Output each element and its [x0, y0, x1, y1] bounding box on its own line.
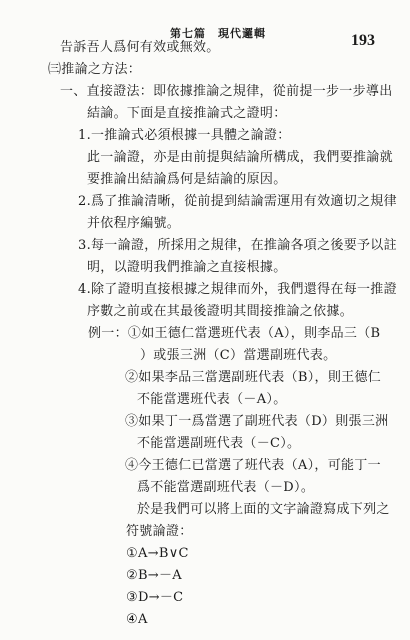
page-number: 193: [351, 32, 375, 50]
text-line: 例一：①如王德仁當選班代表（A），則李品三（B: [88, 326, 380, 342]
text-line: ④今王德仁已當選了班代表（A），可能丁一: [125, 458, 381, 474]
text-line: ③D→－C: [126, 590, 183, 606]
text-line: 要推論出結論爲何是結論的原因。: [87, 172, 287, 188]
running-head: 第七篇現代邏輯: [170, 25, 266, 41]
text-line: 告訴吾人爲何有效或無效。: [60, 40, 220, 56]
text-line: 1.一推論式必須根據一具體之論證：: [78, 128, 291, 144]
text-line: 符號論證：: [126, 524, 193, 540]
text-line: ③如果丁一爲當選了副班代表（D）則張三洲: [125, 414, 388, 430]
text-line: 序數之前或在其最後證明其間接推論之依據。: [87, 304, 353, 320]
text-line: ②B→－A: [126, 568, 182, 584]
text-line: 於是我們可以將上面的文字論證寫成下列之: [137, 502, 390, 518]
chapter-title: 現代邏輯: [218, 27, 266, 40]
text-line: 2.爲了推論清晰，從前提到結論需運用有效適切之規律: [78, 194, 397, 210]
text-line: 不能當選副班代表（－C）。: [137, 436, 300, 452]
text-line: 并依程序編號。: [87, 216, 180, 232]
text-line: 不能當選班代表（－A）。: [137, 392, 287, 408]
text-line: ）或張三洲（C）當選副班代表。: [140, 348, 336, 364]
text-line: 一、直接證法：即依據推論之規律，從前提一步一步導出: [60, 84, 393, 100]
text-line: 結論。下面是直接推論式之證明：: [87, 106, 287, 122]
document-page: 第七篇現代邏輯 193 告訴吾人爲何有效或無效。㈢推論之方法：一、直接證法：即依…: [0, 0, 410, 640]
text-line: 4.除了證明直接根據之規律而外，我們還得在每一推證: [78, 282, 397, 298]
text-line: 爲不能當選副班代表（－D）。: [137, 480, 314, 496]
text-line: 此一論證，亦是由前提與結論所構成，我們要推論就: [87, 150, 393, 166]
text-line: ㈢推論之方法：: [48, 62, 141, 78]
text-line: 3.每一論證，所採用之規律，在推論各項之後要予以註: [78, 238, 397, 254]
text-line: ①A→B∨C: [126, 546, 189, 562]
text-line: ④A: [126, 612, 148, 628]
text-line: ②如果李品三當選副班代表（B），則王德仁: [125, 370, 381, 386]
text-line: 明，以證明我們推論之直接根據。: [87, 260, 287, 276]
chapter-label: 第七篇: [170, 27, 206, 40]
